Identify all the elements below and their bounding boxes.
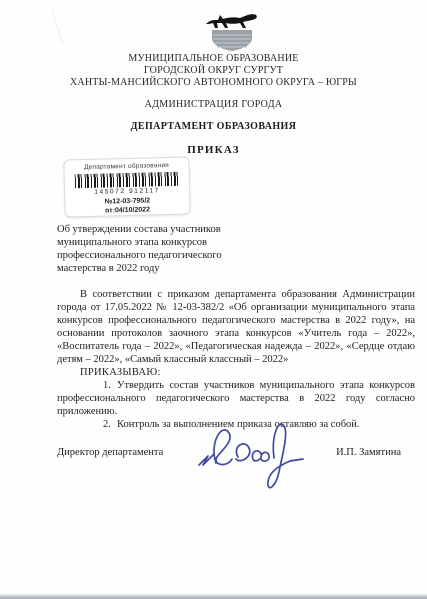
barcode-icon [75,172,179,189]
barcode-digits: 145072 912117 [94,187,160,197]
registration-date: от:04/10/2022 [105,205,150,215]
organization-header: МУНИЦИПАЛЬНОЕ ОБРАЗОВАНИЕ ГОРОДСКОЙ ОКРУ… [0,53,427,89]
org-line-3: ХАНТЫ-МАНСИЙСКОГО АВТОНОМНОГО ОКРУГА – Ю… [0,77,427,89]
org-line-2: ГОРОДСКОЙ ОКРУГ СУРГУТ [0,65,427,77]
fox-and-shield-icon [202,8,262,52]
department-line: ДЕПАРТАМЕНТ ОБРАЗОВАНИЯ [0,121,427,132]
subject-line-1: Об утверждении состава участников [57,223,247,236]
administration-line: АДМИНИСТРАЦИЯ ГОРОДА [0,99,427,110]
registration-stamp: Департамент образования 145072 912117 №1… [63,156,190,217]
preamble-paragraph: В соответствии с приказом департамента о… [57,288,415,366]
surgut-coat-of-arms-icon [202,8,262,52]
signatory-name: И.П. Замятина [336,447,401,458]
prikaz-keyword: ПРИКАЗЫВАЮ: [57,366,415,379]
scan-page-edge [0,593,427,599]
scan-artifact [52,11,63,44]
shield-icon [212,30,252,51]
order-body: В соответствии с приказом департамента о… [57,288,415,431]
subject-line-3: профессионального педагогического [57,249,247,262]
document-type-title: ПРИКАЗ [0,144,427,156]
item-2-number: 2. [80,418,117,431]
fox-icon [206,14,257,28]
stamp-label: Департамент образования [84,162,169,172]
signature-row: Директор департамента И.П. Замятина [57,447,415,458]
signatory-position: Директор департамента [57,447,163,458]
order-subject: Об утверждении состава участников муници… [57,223,247,275]
org-line-1: МУНИЦИПАЛЬНОЕ ОБРАЗОВАНИЕ [0,53,427,65]
subject-line-4: мастерства в 2022 году [57,262,247,275]
scanned-order-document: МУНИЦИПАЛЬНОЕ ОБРАЗОВАНИЕ ГОРОДСКОЙ ОКРУ… [0,0,427,599]
subject-line-2: муниципального этапа конкурсов [57,236,247,249]
item-1-number: 1. [80,379,117,392]
